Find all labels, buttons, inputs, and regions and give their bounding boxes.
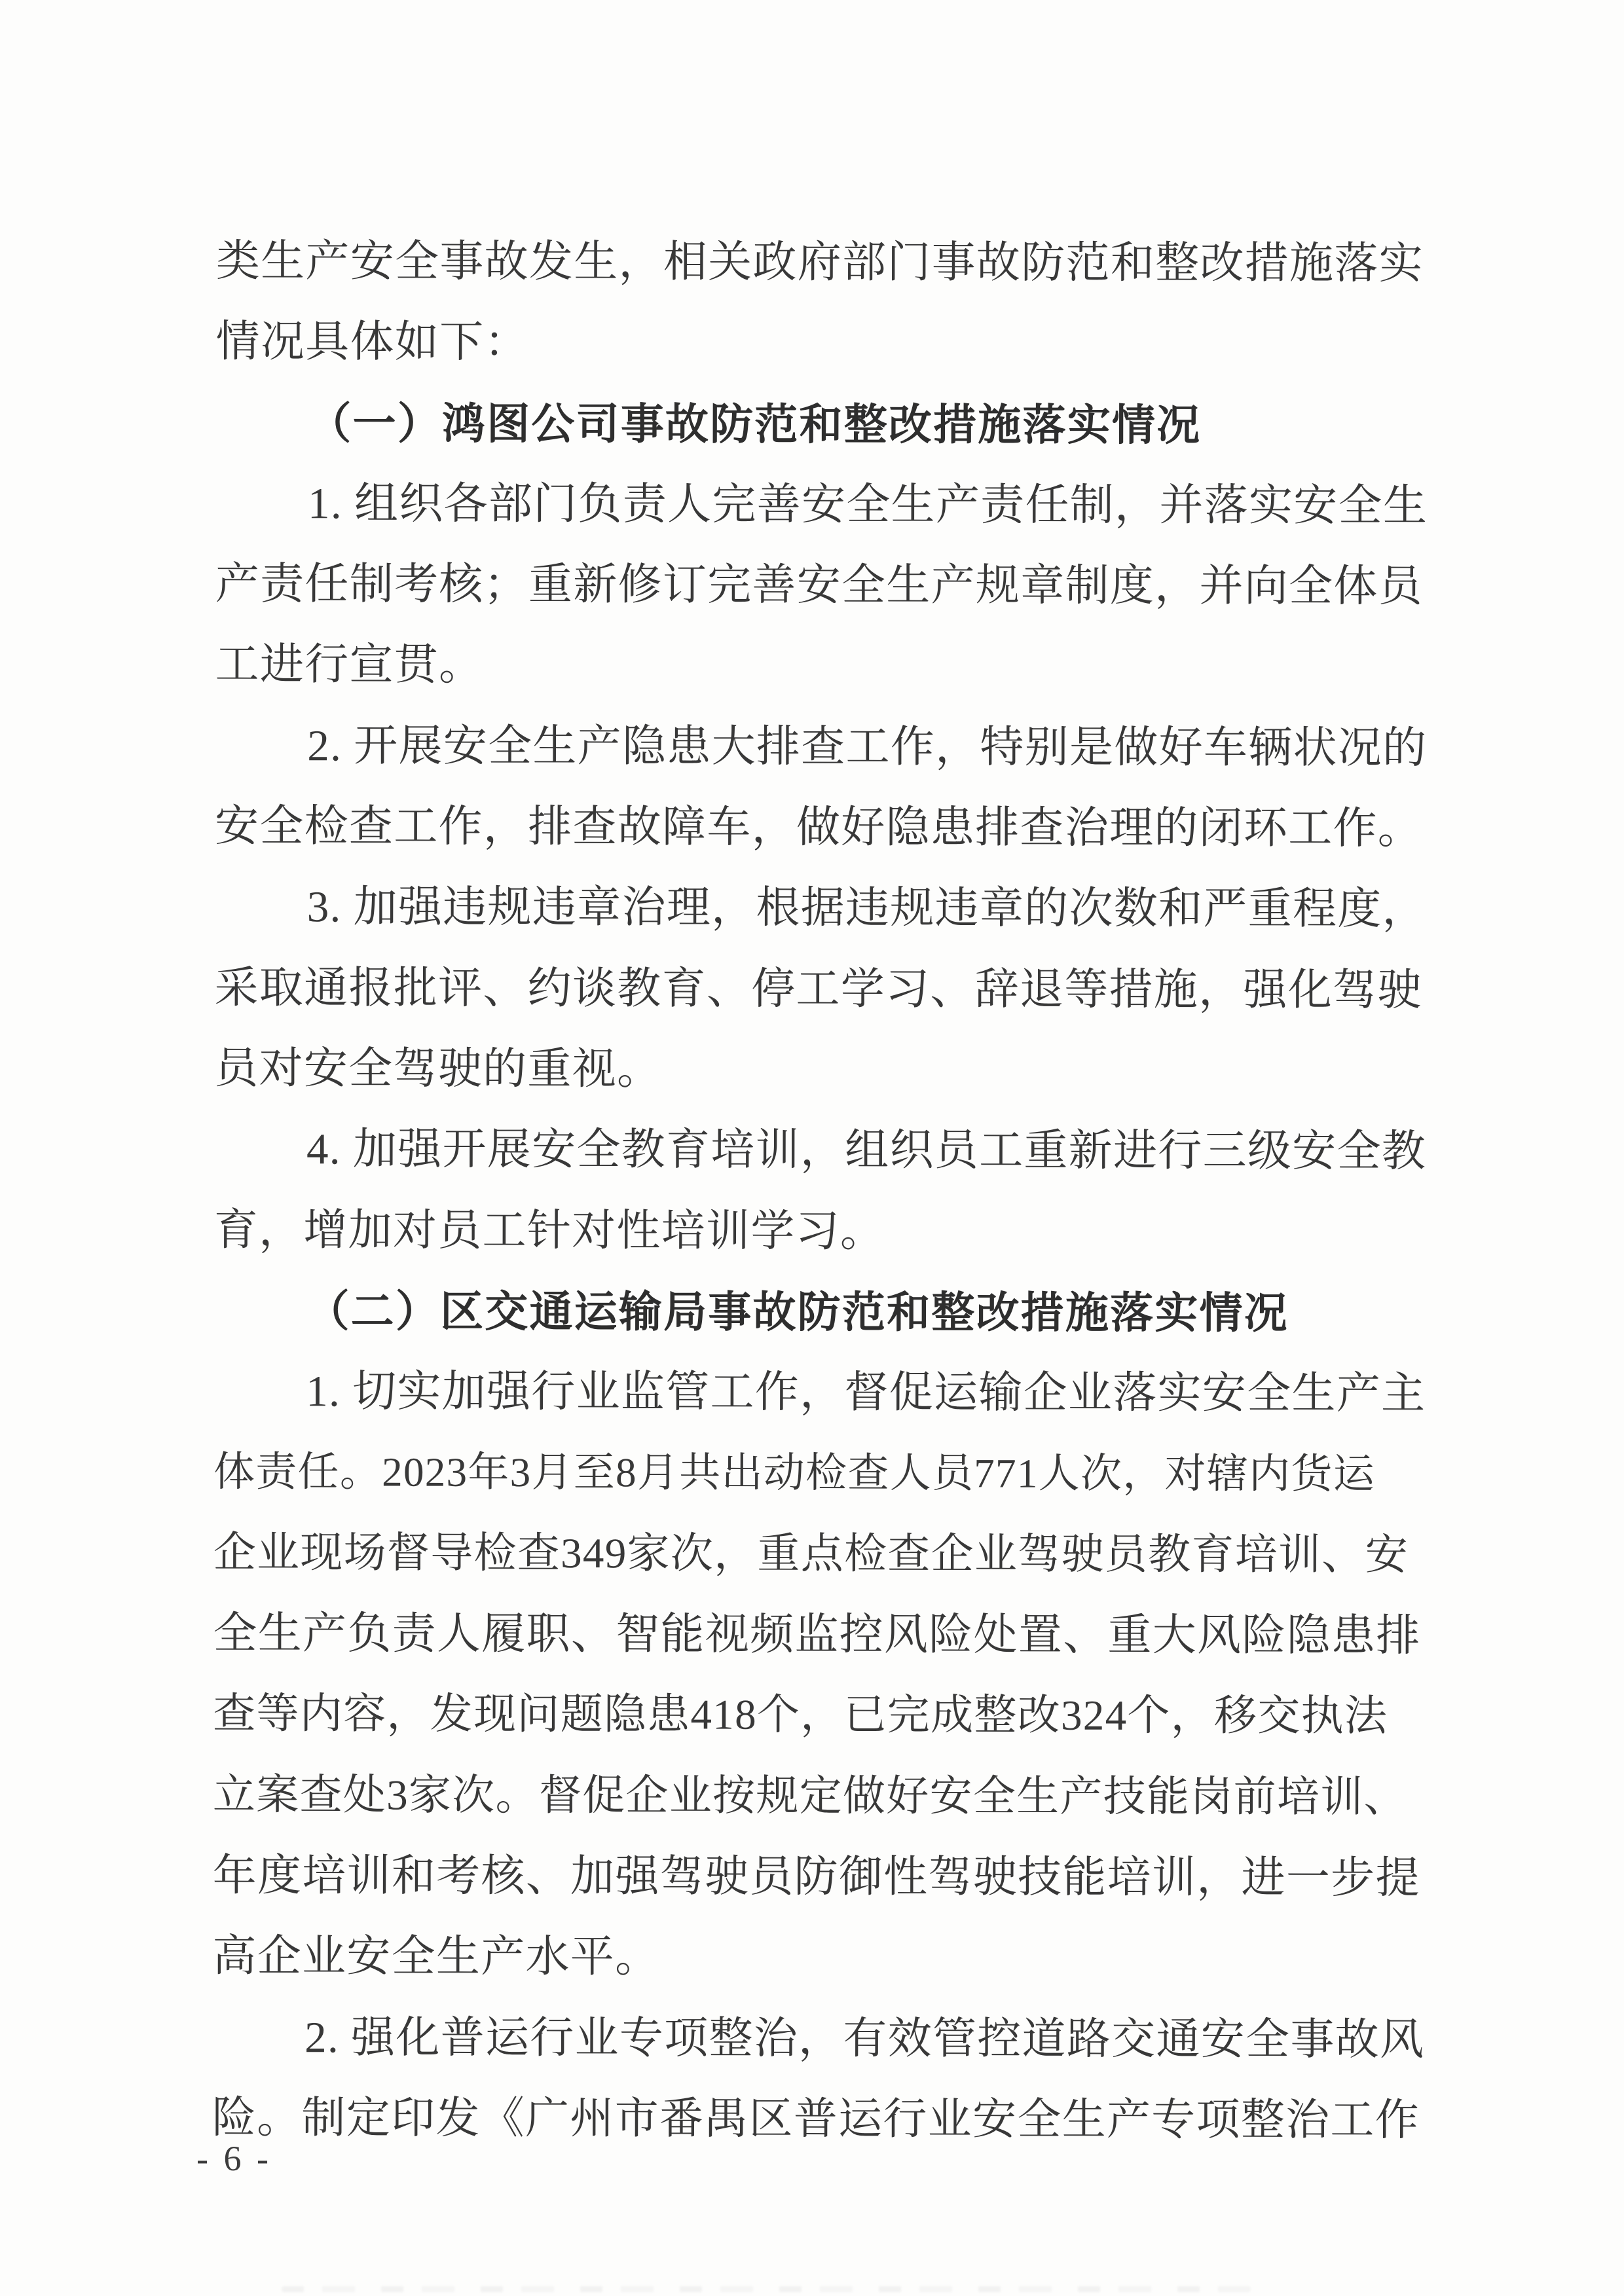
document-body: 类生产安全事故发生，相关政府部门事故防范和整改措施落实 情况具体如下： （一）鸿… [212,221,1428,2161]
section-heading: （二）区交通运输局事故防范和整改措施落实情况 [213,1271,1425,1354]
scan-bleed-artifact [282,2286,1251,2292]
text-line: 1. 组织各部门负责人完善安全生产责任制，并落实安全生 [215,464,1427,547]
text-line: 安全检查工作，排查故障车，做好隐患排查治理的闭环工作。 [215,786,1426,869]
document-page: 类生产安全事故发生，相关政府部门事故防范和整改措施落实 情况具体如下： （一）鸿… [0,0,1624,2296]
section-heading: （一）鸿图公司事故防范和整改措施落实情况 [215,383,1427,466]
text-line: 情况具体如下： [215,302,1427,385]
text-line: 全生产负责人履职、智能视频监控风险处置、重大风险隐患排 [213,1594,1424,1677]
text-line: 查等内容，发现问题隐患418个，已完成整改324个，移交执法 [213,1674,1424,1757]
page-number: - 6 - [196,2138,272,2179]
text-line: 立案查处3家次。督促企业按规定做好安全生产技能岗前培训、 [213,1755,1424,1838]
text-line: 2. 开展安全生产隐患大排查工作，特别是做好车辆状况的 [215,706,1426,789]
text-line: 险。制定印发《广州市番禺区普运行业安全生产专项整治工作 [212,2078,1424,2161]
text-line: 年度培训和考核、加强驾驶员防御性驾驶技能培训，进一步提 [213,1836,1424,1919]
text-line: 2. 强化普运行业专项整治，有效管控道路交通安全事故风 [212,1997,1424,2081]
text-line: 员对安全驾驶的重视。 [214,1029,1426,1112]
text-line: 1. 切实加强行业监管工作，督促运输企业落实安全生产主 [213,1351,1425,1434]
text-line: 高企业安全生产水平。 [212,1916,1424,1999]
text-line: 育，增加对员工针对性培训学习。 [214,1190,1426,1273]
text-line: 类生产安全事故发生，相关政府部门事故防范和整改措施落实 [216,221,1428,304]
text-line: 企业现场督导检查349家次，重点检查企业驾驶员教育培训、安 [213,1513,1425,1596]
text-line: 产责任制考核；重新修订完善安全生产规章制度，并向全体员 [215,544,1427,627]
text-line: 3. 加强违规违章治理，根据违规违章的次数和严重程度， [215,867,1426,950]
text-line: 工进行宣贯。 [215,625,1426,708]
text-line: 体责任。2023年3月至8月共出动检查人员771人次，对辖内货运 [213,1432,1425,1515]
text-line: 采取通报批评、约谈教育、停工学习、辞退等措施，强化驾驶 [214,948,1426,1031]
text-line: 4. 加强开展安全教育培训，组织员工重新进行三级安全教 [214,1109,1426,1192]
